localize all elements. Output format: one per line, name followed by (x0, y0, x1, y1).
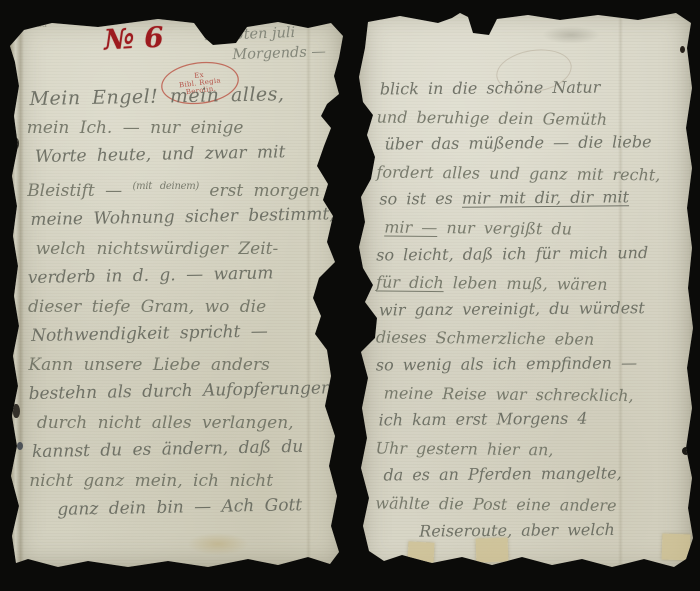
ink-speck (14, 138, 19, 149)
manuscript-words: nur vergißt du (437, 218, 572, 238)
ink-speck (13, 404, 20, 418)
manuscript-line: blick in die schöne Natur (380, 73, 682, 103)
underlined-words: für dich (376, 273, 444, 293)
manuscript-line: über das müßende — die liebe (384, 128, 681, 158)
manuscript-line: kannst du es ändern, daß du (32, 432, 340, 467)
ink-speck (682, 447, 690, 455)
underlined-words: mir — (384, 217, 437, 237)
manuscript-line: Reiseroute, aber welch (419, 515, 680, 545)
manuscript-line: so wenig als ich empfinden — (376, 349, 681, 379)
red-archival-number: № 6 (103, 20, 164, 56)
manuscript-words: leben muß, wären (444, 273, 608, 294)
paper-stain (188, 533, 248, 555)
manuscript-line: wir ganz vereinigt, du würdest (379, 294, 681, 324)
manuscript-words: erst morgen ist (199, 181, 351, 201)
manuscript-words: (mit deinem) (133, 181, 199, 192)
manuscript-line: Nothwendigkeit spricht — (31, 316, 339, 351)
pencil-smudge (542, 26, 600, 44)
manuscript-line: Mein Engel! mein alles, (29, 79, 337, 114)
right-page: blick in die schöne Naturund beruhige de… (356, 6, 694, 576)
left-page: 13a № 6 Am 6ten juli Morgends — Ex Bibl.… (10, 14, 346, 570)
tape-mark (476, 537, 509, 562)
manuscript-line: ich kam erst Morgens 4 (378, 404, 680, 434)
left-page-fold-edge (10, 14, 24, 570)
date-line-2: Morgends — (232, 42, 326, 65)
scanned-letter-photo: 13a № 6 Am 6ten juli Morgends — Ex Bibl.… (0, 0, 700, 591)
left-page-text: Mein Engel! mein alles,mein Ich. — nur e… (26, 83, 339, 525)
ink-speck (680, 46, 685, 53)
manuscript-words: Bleistift — (27, 181, 132, 201)
date-pencil-note: Am 6ten juli Morgends — (205, 22, 326, 66)
manuscript-line: da es an Pferden mangelte, (383, 459, 680, 489)
manuscript-line: ganz dein bin — Ach Gott (57, 490, 340, 524)
corner-pencil-note: 13a (32, 20, 47, 29)
manuscript-line: verderb in d. g. — warum (28, 258, 338, 293)
manuscript-line: meine Wohnung sicher bestimmt, (30, 200, 338, 235)
manuscript-words: so ist es (379, 189, 462, 209)
tape-mark (662, 534, 691, 561)
underlined-words: mir mit dir, dir mit (462, 188, 629, 208)
manuscript-line: bestehn als durch Aufopferungen, (28, 374, 338, 409)
tape-mark (407, 541, 434, 562)
right-page-text: blick in die schöne Naturund beruhige de… (375, 75, 682, 545)
manuscript-line: Worte heute, und zwar mit (35, 137, 338, 172)
manuscript-line: so leicht, daß ich für mich und (376, 238, 681, 268)
ink-speck (17, 442, 23, 450)
manuscript-line: so ist es mir mit dir, dir mit (379, 183, 681, 213)
